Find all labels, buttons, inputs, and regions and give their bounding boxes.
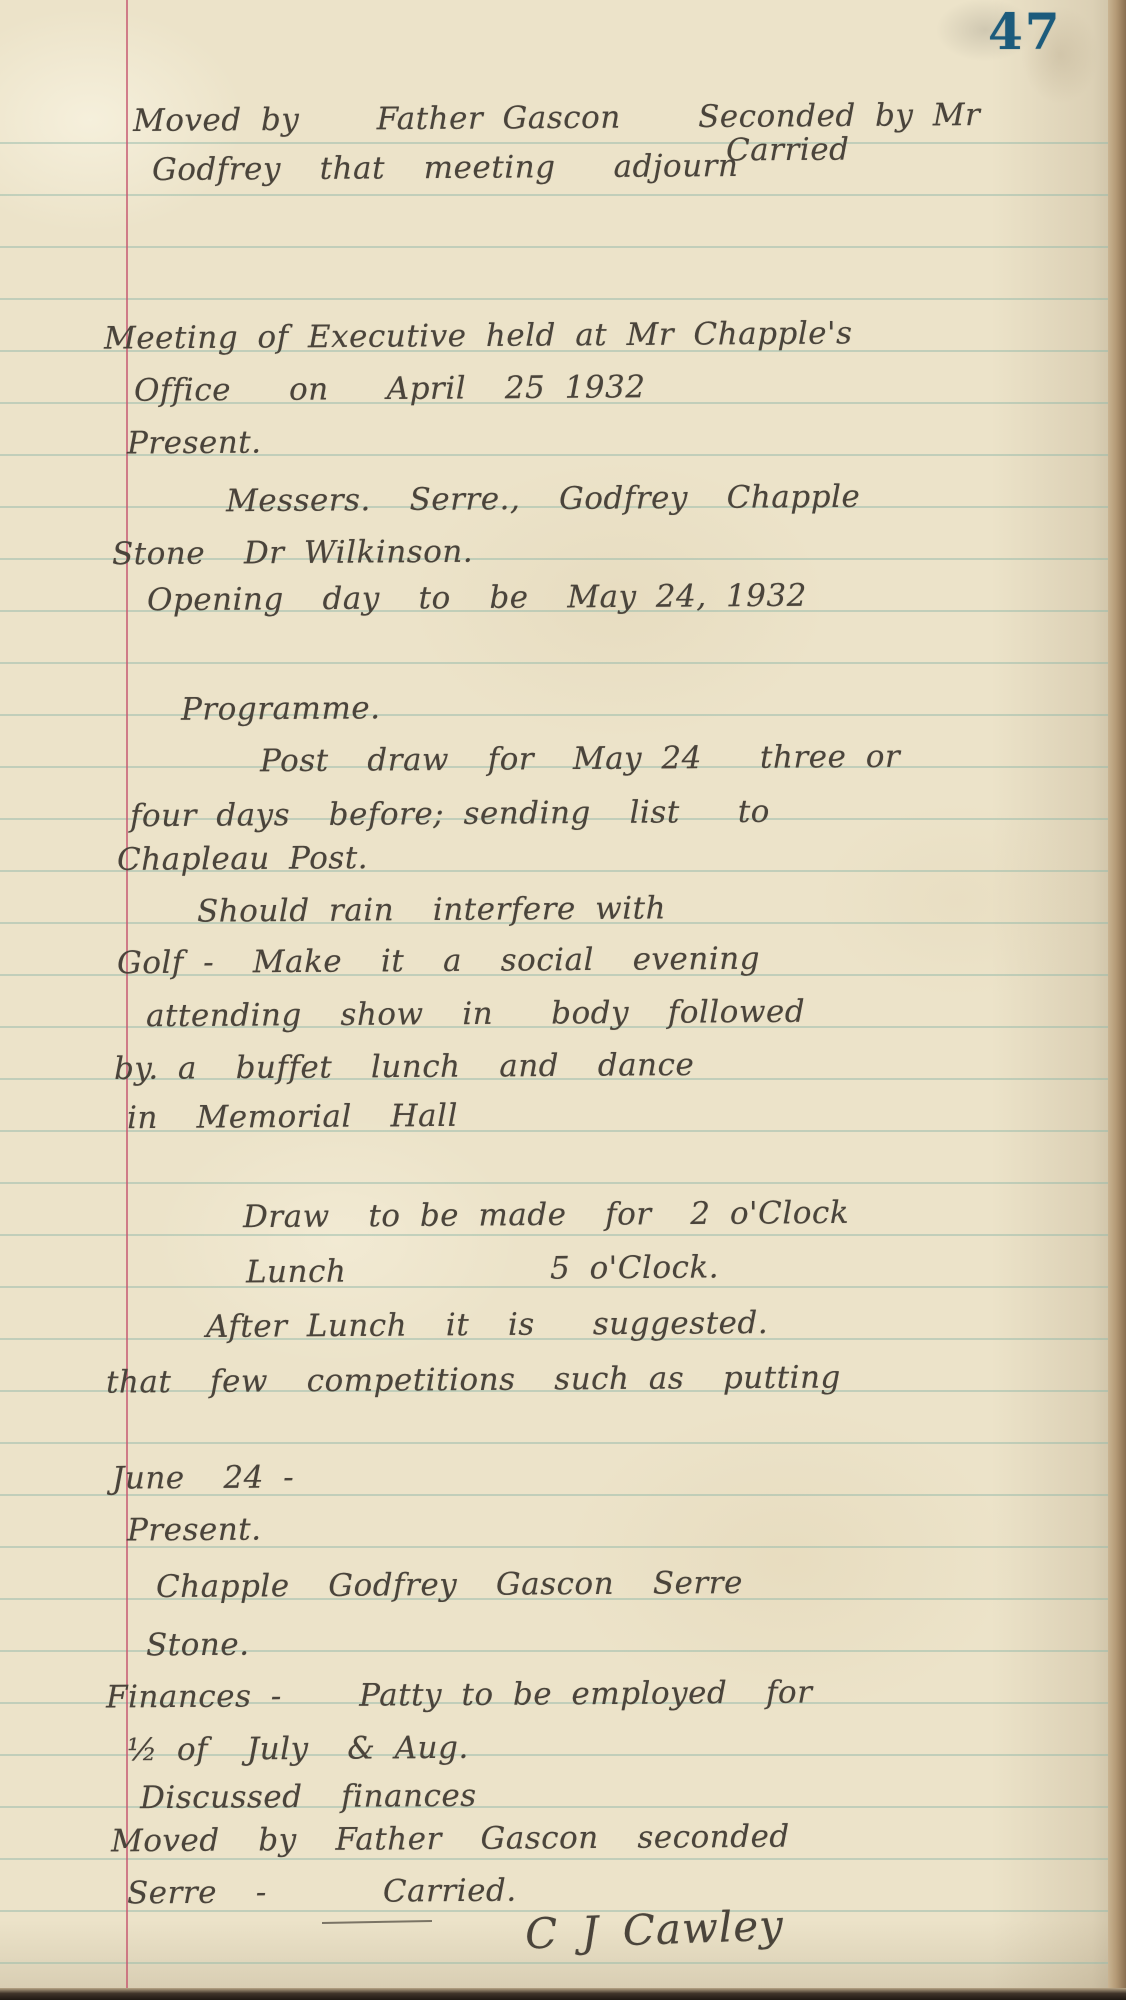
handwriting-line: Present. bbox=[127, 1512, 262, 1549]
handwriting-line: Stone Dr Wilkinson. bbox=[112, 534, 473, 573]
handwriting-line: Opening day to be May 24, 1932 bbox=[147, 578, 807, 619]
handwriting-line: Chapleau Post. bbox=[117, 840, 368, 878]
handwriting-line: Moved by Father Gascon seconded bbox=[111, 1819, 790, 1860]
page-number: 47 bbox=[988, 2, 1062, 61]
handwriting-line: four days before; sending list to bbox=[130, 794, 770, 834]
handwriting-line: Messers. Serre., Godfrey Chapple bbox=[226, 479, 861, 519]
handwriting-line: Discussed finances bbox=[140, 1778, 477, 1816]
handwriting-line: Golf - Make it a social evening bbox=[117, 941, 760, 981]
handwriting-line: Should rain interfere with bbox=[197, 890, 666, 929]
handwriting-line: 5 o'Clock. bbox=[550, 1249, 719, 1286]
handwriting-line: Meeting of Executive held at Mr Chapple'… bbox=[104, 315, 853, 356]
handwriting-line: Post draw for May 24 three or bbox=[260, 739, 901, 779]
handwriting-line: Office on April 25 1932 bbox=[134, 369, 646, 409]
ledger-page: 47 Moved by Father Gascon Seconded by Mr… bbox=[0, 0, 1126, 2000]
handwriting-line: Lunch bbox=[246, 1254, 347, 1291]
handwriting-line: that few competitions such as putting bbox=[106, 1359, 841, 1400]
handwriting-line: Finances - Patty to be employed for bbox=[106, 1675, 813, 1716]
page-edge-bottom bbox=[0, 1988, 1126, 2000]
handwriting-line: After Lunch it is suggested. bbox=[206, 1305, 768, 1345]
handwriting-line: June 24 - bbox=[112, 1459, 294, 1496]
handwriting-line: Carried bbox=[726, 132, 850, 169]
handwriting-line: ½ of July & Aug. bbox=[127, 1730, 469, 1768]
handwriting-line: Draw to be made for 2 o'Clock bbox=[243, 1195, 849, 1235]
handwriting-line: Stone. bbox=[146, 1627, 250, 1664]
handwriting-line: in Memorial Hall bbox=[127, 1098, 458, 1136]
handwriting-line: attending show in body followed bbox=[146, 994, 805, 1035]
handwriting-line: Moved by Father Gascon Seconded by Mr bbox=[133, 97, 981, 139]
handwriting-line: Present. bbox=[127, 425, 262, 462]
handwriting-line: by. a buffet lunch and dance bbox=[114, 1047, 695, 1087]
page-edge-right bbox=[1108, 0, 1126, 2000]
handwriting-line: Programme. bbox=[181, 690, 381, 727]
handwriting-line: Chapple Godfrey Gascon Serre bbox=[156, 1565, 743, 1605]
handwriting-line: Serre - Carried. bbox=[127, 1873, 517, 1912]
handwriting-line: Godfrey that meeting adjourn bbox=[152, 148, 739, 188]
signature-cawley: C J Cawley bbox=[524, 1900, 784, 1958]
